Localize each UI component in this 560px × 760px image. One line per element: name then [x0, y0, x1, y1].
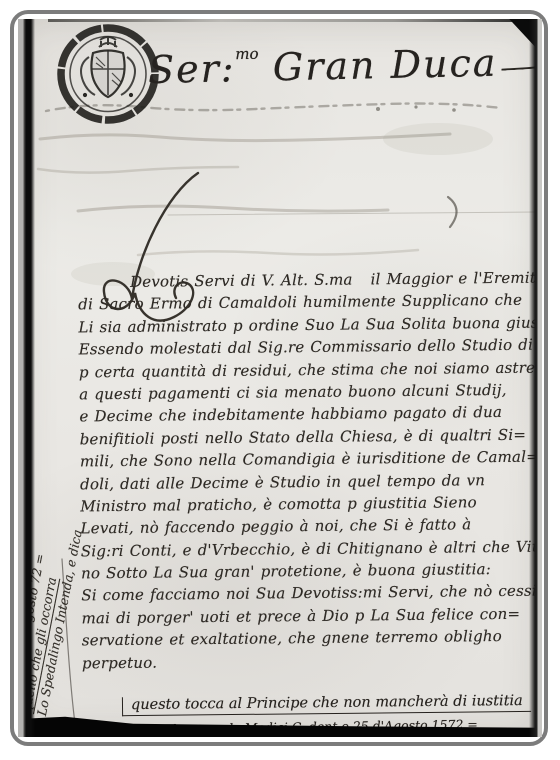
body-line: perpetuo. — [82, 647, 536, 674]
archive-stamp-seal-icon — [55, 23, 161, 125]
body-line: servatione et exaltatione, che gnene ter… — [82, 625, 536, 652]
salutation-superscript: mo — [235, 45, 259, 63]
page-right-edge-shadow — [529, 19, 542, 737]
page-left-edge-shadow — [18, 19, 35, 737]
salutation-prefix: Ser: — [148, 46, 236, 92]
page-top-edge-shadow — [48, 19, 542, 22]
image-rounded-frame: Ser:mo Gran Duca Devotis Servi di V. Alt… — [10, 10, 548, 746]
manuscript-scan: Ser:mo Gran Duca Devotis Servi di V. Alt… — [18, 19, 542, 737]
salutation-rest: Gran Duca — [258, 41, 498, 90]
salutation: Ser:mo Gran Duca — [148, 39, 529, 92]
petition-body: Devotis Servi di V. Alt. S.ma il Maggior… — [78, 267, 536, 675]
screenshot-root: Ser:mo Gran Duca Devotis Servi di V. Alt… — [0, 0, 560, 760]
